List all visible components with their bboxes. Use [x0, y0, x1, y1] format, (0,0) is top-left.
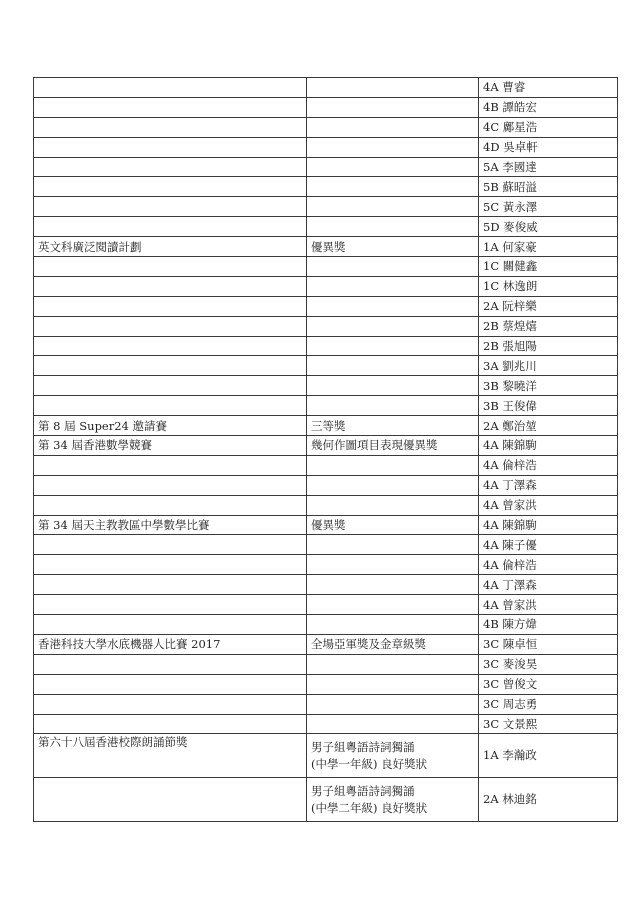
competition-cell — [34, 555, 307, 575]
competition-cell: 第六十八屆香港校際朗誦節獎 — [34, 734, 307, 778]
student-cell: 4A 丁澤森 — [479, 575, 618, 595]
award-cell — [307, 714, 479, 734]
table-row: 1C 關健鑫 — [34, 257, 618, 277]
table-row: 3C 周志勇 — [34, 694, 618, 714]
award-cell — [307, 495, 479, 515]
competition-cell — [34, 316, 307, 336]
award-cell — [307, 555, 479, 575]
table-row: 4A 丁澤森 — [34, 575, 618, 595]
table-row: 1C 林逸朗 — [34, 276, 618, 296]
student-cell: 3C 陳卓恒 — [479, 634, 618, 654]
student-cell: 4A 陳錦駒 — [479, 436, 618, 456]
table-row: 4D 吳卓軒 — [34, 137, 618, 157]
award-cell — [307, 455, 479, 475]
award-cell — [307, 595, 479, 615]
award-cell — [307, 694, 479, 714]
competition-cell — [34, 97, 307, 117]
competition-cell — [34, 654, 307, 674]
student-cell: 4B 譚皓宏 — [479, 97, 618, 117]
award-cell — [307, 475, 479, 495]
competition-cell — [34, 455, 307, 475]
award-line-1: 男子組粵語詩詞獨誦 — [311, 739, 474, 756]
table-row: 英文科廣泛閱讀計劃優異獎1A 何家豪 — [34, 237, 618, 257]
competition-cell — [34, 217, 307, 237]
student-cell: 3A 劉兆川 — [479, 356, 618, 376]
award-cell — [307, 396, 479, 416]
competition-cell — [34, 137, 307, 157]
awards-table: 4A 曹睿4B 譚皓宏4C 鄺星浩4D 吳卓軒5A 李國達5B 蘇昭溢5C 黃永… — [33, 77, 618, 822]
award-cell — [307, 197, 479, 217]
awards-table-body: 4A 曹睿4B 譚皓宏4C 鄺星浩4D 吳卓軒5A 李國達5B 蘇昭溢5C 黃永… — [34, 78, 618, 822]
table-row: 男子組粵語詩詞獨誦(中學二年級) 良好獎狀2A 林迪銘 — [34, 778, 618, 822]
competition-cell: 第 34 屆天主教教區中學數學比賽 — [34, 515, 307, 535]
table-row: 4A 曾家洪 — [34, 495, 618, 515]
table-row: 第 8 屆 Super24 邀請賽三等獎2A 鄭治堃 — [34, 416, 618, 436]
award-cell — [307, 535, 479, 555]
table-row: 4A 倫梓浩 — [34, 555, 618, 575]
student-cell: 4D 吳卓軒 — [479, 137, 618, 157]
competition-cell: 英文科廣泛閱讀計劃 — [34, 237, 307, 257]
award-cell — [307, 137, 479, 157]
student-cell: 2B 蔡煌熺 — [479, 316, 618, 336]
award-cell — [307, 356, 479, 376]
student-cell: 4A 丁澤森 — [479, 475, 618, 495]
competition-cell — [34, 535, 307, 555]
document-page: 4A 曹睿4B 譚皓宏4C 鄺星浩4D 吳卓軒5A 李國達5B 蘇昭溢5C 黃永… — [0, 0, 636, 900]
competition-cell — [34, 376, 307, 396]
student-cell: 2A 林迪銘 — [479, 778, 618, 822]
table-row: 4C 鄺星浩 — [34, 117, 618, 137]
competition-cell — [34, 475, 307, 495]
student-cell: 5C 黃永澤 — [479, 197, 618, 217]
award-cell — [307, 376, 479, 396]
award-cell: 全場亞軍獎及金章級獎 — [307, 634, 479, 654]
award-cell — [307, 257, 479, 277]
table-row: 3C 曾俊文 — [34, 674, 618, 694]
award-line-2: (中學一年級) 良好獎狀 — [311, 756, 474, 773]
competition-cell — [34, 197, 307, 217]
competition-cell — [34, 336, 307, 356]
table-row: 3B 黎曉洋 — [34, 376, 618, 396]
award-cell — [307, 316, 479, 336]
award-cell — [307, 78, 479, 98]
award-cell: 男子組粵語詩詞獨誦(中學二年級) 良好獎狀 — [307, 778, 479, 822]
student-cell: 3C 周志勇 — [479, 694, 618, 714]
table-row: 4B 譚皓宏 — [34, 97, 618, 117]
competition-cell — [34, 396, 307, 416]
student-cell: 5B 蘇昭溢 — [479, 177, 618, 197]
student-cell: 3B 黎曉洋 — [479, 376, 618, 396]
table-row: 4A 陳子優 — [34, 535, 618, 555]
table-row: 2B 蔡煌熺 — [34, 316, 618, 336]
competition-cell: 香港科技大學水底機器人比賽 2017 — [34, 634, 307, 654]
competition-cell — [34, 257, 307, 277]
award-cell: 男子組粵語詩詞獨誦(中學一年級) 良好獎狀 — [307, 734, 479, 778]
award-line-1: 男子組粵語詩詞獨誦 — [311, 783, 474, 800]
table-row: 4A 曾家洪 — [34, 595, 618, 615]
table-row: 2A 阮梓樂 — [34, 296, 618, 316]
award-cell — [307, 615, 479, 635]
student-cell: 4A 陳子優 — [479, 535, 618, 555]
competition-cell — [34, 356, 307, 376]
award-cell — [307, 336, 479, 356]
student-cell: 4A 曾家洪 — [479, 495, 618, 515]
award-line-2: (中學二年級) 良好獎狀 — [311, 800, 474, 817]
table-row: 3C 麥浚昊 — [34, 654, 618, 674]
award-cell — [307, 117, 479, 137]
award-cell: 三等獎 — [307, 416, 479, 436]
table-row: 3A 劉兆川 — [34, 356, 618, 376]
competition-cell — [34, 177, 307, 197]
award-cell — [307, 654, 479, 674]
competition-cell — [34, 674, 307, 694]
award-cell: 優異獎 — [307, 515, 479, 535]
award-cell: 幾何作圖項目表現優異獎 — [307, 436, 479, 456]
award-cell — [307, 157, 479, 177]
competition-cell — [34, 157, 307, 177]
table-row: 4B 陳方煒 — [34, 615, 618, 635]
table-row: 5B 蘇昭溢 — [34, 177, 618, 197]
student-cell: 4B 陳方煒 — [479, 615, 618, 635]
table-row: 3C 文景熙 — [34, 714, 618, 734]
table-row: 第 34 屆天主教教區中學數學比賽優異獎4A 陳錦駒 — [34, 515, 618, 535]
table-row: 5D 麥俊威 — [34, 217, 618, 237]
competition-cell — [34, 615, 307, 635]
award-cell — [307, 217, 479, 237]
student-cell: 4A 倫梓浩 — [479, 455, 618, 475]
table-row: 香港科技大學水底機器人比賽 2017全場亞軍獎及金章級獎3C 陳卓恒 — [34, 634, 618, 654]
student-cell: 3C 曾俊文 — [479, 674, 618, 694]
competition-cell — [34, 276, 307, 296]
award-cell — [307, 296, 479, 316]
table-row: 5A 李國達 — [34, 157, 618, 177]
table-row: 4A 丁澤森 — [34, 475, 618, 495]
award-cell: 優異獎 — [307, 237, 479, 257]
student-cell: 5A 李國達 — [479, 157, 618, 177]
table-row: 5C 黃永澤 — [34, 197, 618, 217]
student-cell: 4C 鄺星浩 — [479, 117, 618, 137]
student-cell: 3B 王俊偉 — [479, 396, 618, 416]
student-cell: 3C 文景熙 — [479, 714, 618, 734]
table-row: 4A 倫梓浩 — [34, 455, 618, 475]
student-cell: 4A 曹睿 — [479, 78, 618, 98]
competition-cell — [34, 296, 307, 316]
competition-cell: 第 34 屆香港數學競賽 — [34, 436, 307, 456]
student-cell: 4A 曾家洪 — [479, 595, 618, 615]
competition-cell — [34, 694, 307, 714]
table-row: 第 34 屆香港數學競賽幾何作圖項目表現優異獎4A 陳錦駒 — [34, 436, 618, 456]
competition-cell — [34, 78, 307, 98]
student-cell: 5D 麥俊威 — [479, 217, 618, 237]
competition-cell: 第 8 屆 Super24 邀請賽 — [34, 416, 307, 436]
table-row: 3B 王俊偉 — [34, 396, 618, 416]
competition-cell — [34, 714, 307, 734]
student-cell: 1C 林逸朗 — [479, 276, 618, 296]
competition-cell — [34, 778, 307, 822]
student-cell: 4A 陳錦駒 — [479, 515, 618, 535]
student-cell: 1C 關健鑫 — [479, 257, 618, 277]
table-row: 第六十八屆香港校際朗誦節獎男子組粵語詩詞獨誦(中學一年級) 良好獎狀1A 李瀚政 — [34, 734, 618, 778]
table-row: 4A 曹睿 — [34, 78, 618, 98]
competition-cell — [34, 575, 307, 595]
award-cell — [307, 575, 479, 595]
competition-cell — [34, 495, 307, 515]
competition-cell — [34, 117, 307, 137]
student-cell: 3C 麥浚昊 — [479, 654, 618, 674]
student-cell: 1A 李瀚政 — [479, 734, 618, 778]
student-cell: 2B 張旭陽 — [479, 336, 618, 356]
competition-cell — [34, 595, 307, 615]
student-cell: 4A 倫梓浩 — [479, 555, 618, 575]
student-cell: 2A 阮梓樂 — [479, 296, 618, 316]
award-cell — [307, 276, 479, 296]
student-cell: 2A 鄭治堃 — [479, 416, 618, 436]
award-cell — [307, 97, 479, 117]
award-cell — [307, 177, 479, 197]
table-row: 2B 張旭陽 — [34, 336, 618, 356]
award-cell — [307, 674, 479, 694]
student-cell: 1A 何家豪 — [479, 237, 618, 257]
